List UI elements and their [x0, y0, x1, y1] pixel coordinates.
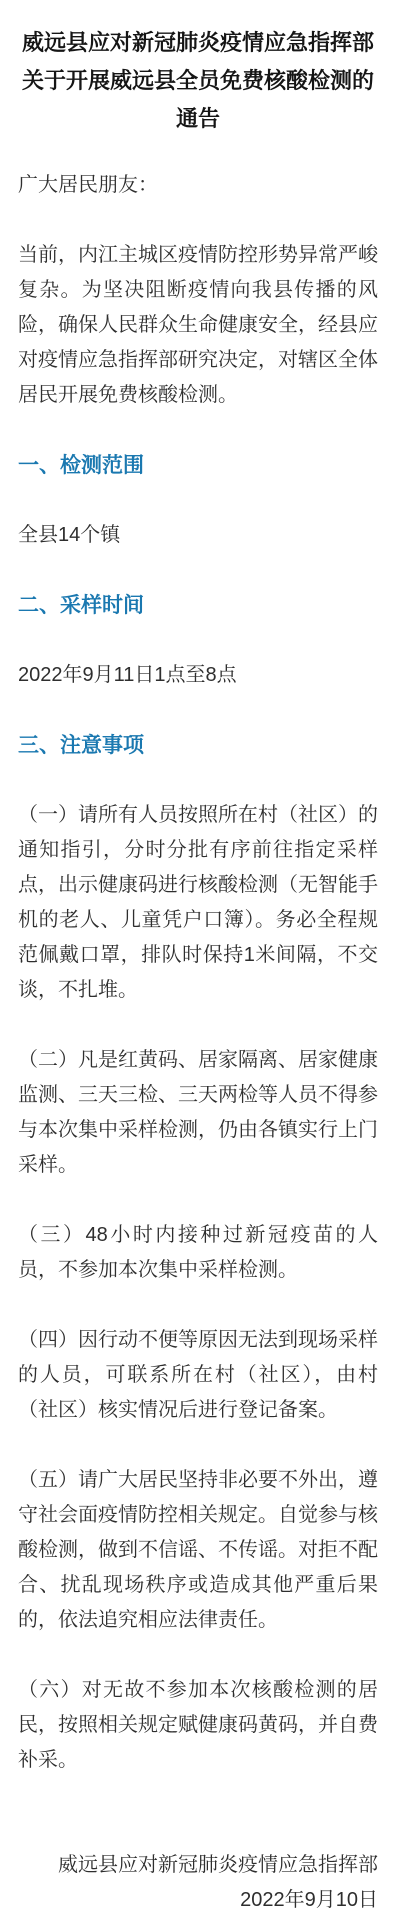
section-body-detection-scope: 全县14个镇	[18, 518, 378, 553]
note-item-5: （五）请广大居民坚持非必要不外出，遵守社会面疫情防控相关规定。自觉参与核酸检测，…	[18, 1463, 378, 1638]
signature: 威远县应对新冠肺炎疫情应急指挥部	[18, 1848, 378, 1883]
section-heading-detection-scope: 一、检测范围	[18, 448, 378, 483]
note-item-6: （六）对无故不参加本次核酸检测的居民，按照相关规定赋健康码黄码，并自费补采。	[18, 1673, 378, 1778]
intro-paragraph: 当前，内江主城区疫情防控形势异常严峻复杂。为坚决阻断疫情向我县传播的风险，确保人…	[18, 238, 378, 413]
note-item-4: （四）因行动不便等原因无法到现场采样的人员，可联系所在村（社区），由村（社区）核…	[18, 1323, 378, 1428]
salutation: 广大居民朋友：	[18, 168, 378, 203]
page-title-line-3: 通告	[18, 100, 378, 138]
section-body-sampling-time: 2022年9月11日1点至8点	[18, 658, 378, 693]
note-item-2: （二）凡是红黄码、居家隔离、居家健康监测、三天三检、三天两检等人员不得参与本次集…	[18, 1043, 378, 1183]
notice-document: 威远县应对新冠肺炎疫情应急指挥部 关于开展威远县全员免费核酸检测的 通告 广大居…	[0, 0, 396, 1917]
page-title-line-2: 关于开展威远县全员免费核酸检测的	[18, 62, 378, 100]
note-item-3: （三）48小时内接种过新冠疫苗的人员，不参加本次集中采样检测。	[18, 1218, 378, 1288]
page-title-line-1: 威远县应对新冠肺炎疫情应急指挥部	[18, 24, 378, 62]
note-item-1: （一）请所有人员按照所在村（社区）的通知指引，分时分批有序前往指定采样点，出示健…	[18, 798, 378, 1008]
page-title: 威远县应对新冠肺炎疫情应急指挥部 关于开展威远县全员免费核酸检测的 通告	[18, 24, 378, 138]
section-heading-notes: 三、注意事项	[18, 728, 378, 763]
date: 2022年9月10日	[18, 1883, 378, 1917]
section-heading-sampling-time: 二、采样时间	[18, 588, 378, 623]
